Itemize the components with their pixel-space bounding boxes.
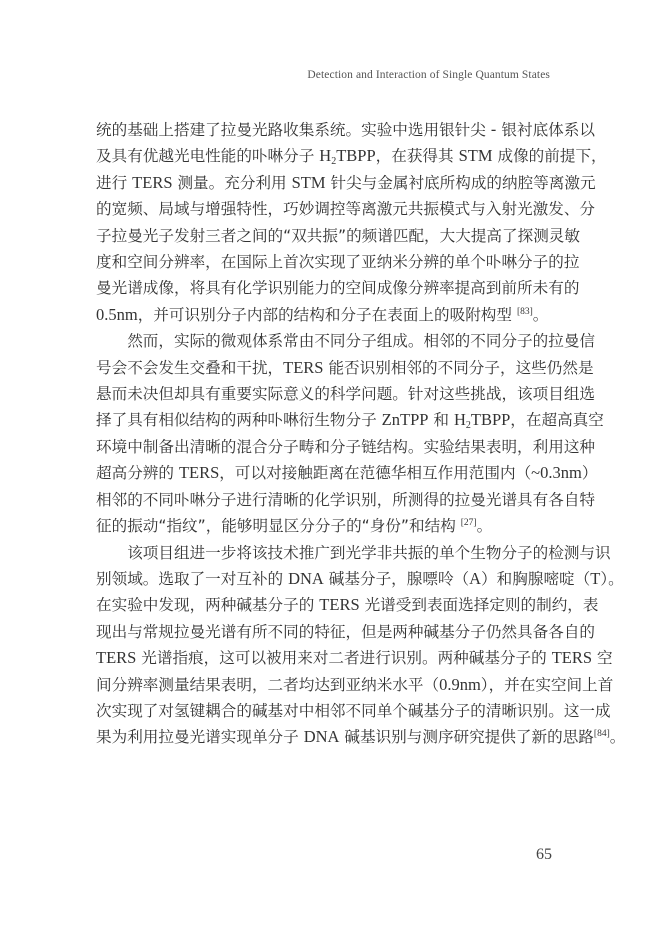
paragraph: 然而，实际的微观体系常由不同分子组成。相邻的不同分子的拉曼信号会不会发生交叠和干… xyxy=(96,328,572,539)
latin-text: TERS xyxy=(132,173,172,192)
latin-text: 0.9nm xyxy=(439,675,481,694)
text-line: TERS 光谱指痕，这可以被用来对二者进行识别。两种碱基分子的 TERS 空 xyxy=(96,645,572,671)
text-line: 及具有优越光电性能的卟啉分子 H2TBPP，在获得其 STM 成像的前提下， xyxy=(96,143,572,169)
body-text: 统的基础上搭建了拉曼光路收集系统。实验中选用银针尖 - 银衬底体系以及具有优越光… xyxy=(96,117,572,751)
latin-text: TERS xyxy=(552,648,592,667)
latin-text: DNA xyxy=(288,569,324,588)
text-line: 该项目组进一步将该技术推广到光学非共振的单个生物分子的检测与识 xyxy=(96,540,572,566)
text-line: 悬而未决但却具有重要实际意义的科学问题。针对这些挑战，该项目组选 xyxy=(96,381,572,407)
latin-text: 0.5nm xyxy=(96,305,138,324)
citation-ref: [83] xyxy=(517,307,533,317)
text-line: 然而，实际的微观体系常由不同分子组成。相邻的不同分子的拉曼信 xyxy=(96,328,572,354)
latin-text: TERS xyxy=(96,648,136,667)
latin-text: ZnTPP xyxy=(382,410,429,429)
text-line: 征的振动“指纹”，能够明显区分分子的“身份”和结构 [27]。 xyxy=(96,513,572,539)
text-line: 统的基础上搭建了拉曼光路收集系统。实验中选用银针尖 - 银衬底体系以 xyxy=(96,117,572,143)
text-line: 进行 TERS 测量。充分利用 STM 针尖与金属衬底所构成的纳腔等离激元 xyxy=(96,170,572,196)
paragraph: 该项目组进一步将该技术推广到光学非共振的单个生物分子的检测与识别领域。选取了一对… xyxy=(96,540,572,751)
text-line: 现出与常规拉曼光谱有所不同的特征，但是两种碱基分子仍然具备各自的 xyxy=(96,619,572,645)
paragraph: 统的基础上搭建了拉曼光路收集系统。实验中选用银针尖 - 银衬底体系以及具有优越光… xyxy=(96,117,572,328)
latin-text: STM xyxy=(292,173,326,192)
text-line: 环境中制备出清晰的混合分子畴和分子链结构。实验结果表明，利用这种 xyxy=(96,434,572,460)
running-header: Detection and Interaction of Single Quan… xyxy=(307,69,550,81)
latin-text: TBPP xyxy=(336,146,375,165)
document-page: Detection and Interaction of Single Quan… xyxy=(0,0,666,930)
citation-ref: [27] xyxy=(461,518,477,528)
latin-text: ~0.3nm xyxy=(531,463,582,482)
text-line: 超高分辨的 TERS，可以对接触距离在范德华相互作用范围内（~0.3nm） xyxy=(96,460,572,486)
page-number: 65 xyxy=(536,846,552,864)
text-line: 别领域。选取了一对互补的 DNA 碱基分子，腺嘌呤（A）和胸腺嘧啶（T）。 xyxy=(96,566,572,592)
citation-ref: [84] xyxy=(594,729,610,739)
latin-text: A xyxy=(469,569,481,588)
latin-text: H xyxy=(319,146,331,165)
latin-text: H xyxy=(454,410,466,429)
text-line: 0.5nm，并可识别分子内部的结构和分子在表面上的吸附构型 [83]。 xyxy=(96,302,572,328)
text-line: 在实验中发现，两种碱基分子的 TERS 光谱受到表面选择定则的制约，表 xyxy=(96,592,572,618)
text-line: 择了具有相似结构的两种卟啉衍生物分子 ZnTPP 和 H2TBPP，在超高真空 xyxy=(96,407,572,433)
text-line: 度和空间分辨率，在国际上首次实现了亚纳米分辨的单个卟啉分子的拉 xyxy=(96,249,572,275)
text-line: 次实现了对氢键耦合的碱基对中相邻不同单个碱基分子的清晰识别。这一成 xyxy=(96,698,572,724)
text-line: 的宽频、局域与增强特性，巧妙调控等离激元共振模式与入射光激发、分 xyxy=(96,196,572,222)
text-line: 曼光谱成像，将具有化学识别能力的空间成像分辨率提高到前所未有的 xyxy=(96,275,572,301)
latin-text: T xyxy=(590,569,600,588)
latin-text: TERS xyxy=(283,358,323,377)
text-line: 相邻的不同卟啉分子进行清晰的化学识别，所测得的拉曼光谱具有各自特 xyxy=(96,487,572,513)
text-line: 子拉曼光子发射三者之间的“双共振”的频谱匹配，大大提高了探测灵敏 xyxy=(96,223,572,249)
latin-text: TERS xyxy=(319,595,359,614)
latin-text: STM xyxy=(459,146,493,165)
text-line: 果为利用拉曼光谱实现单分子 DNA 碱基识别与测序研究提供了新的思路[84]。 xyxy=(96,724,572,750)
latin-text: TBPP xyxy=(471,410,510,429)
latin-text: TERS xyxy=(179,463,219,482)
text-line: 间分辨率测量结果表明，二者均达到亚纳米水平（0.9nm），并在实空间上首 xyxy=(96,672,572,698)
latin-text: DNA xyxy=(304,727,340,746)
text-line: 号会不会发生交叠和干扰，TERS 能否识别相邻的不同分子，这些仍然是 xyxy=(96,355,572,381)
